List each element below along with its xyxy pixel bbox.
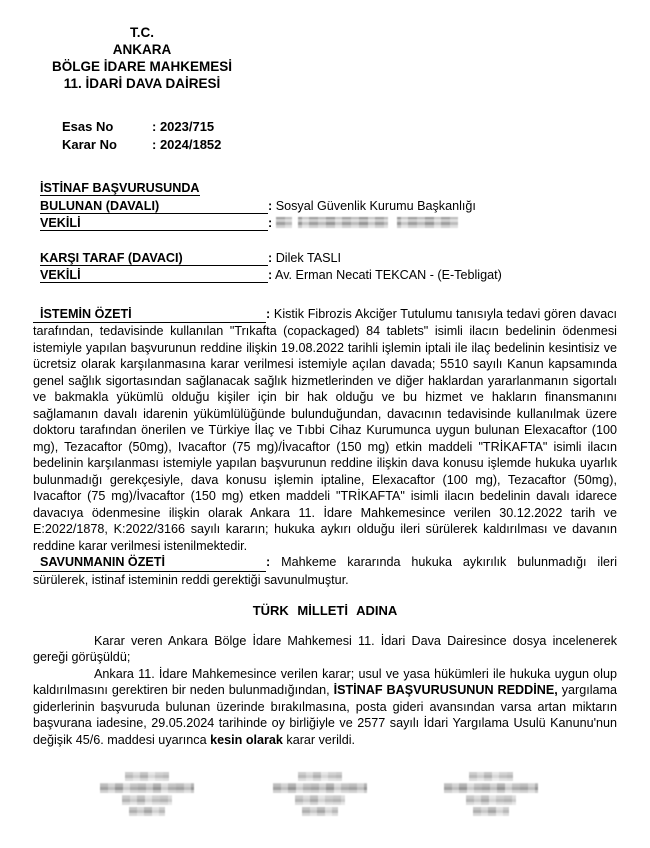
plaintiff-colon: : <box>268 251 272 265</box>
defendant-colon: : <box>268 199 272 213</box>
redacted-signature <box>443 772 539 816</box>
redacted-signature-line <box>125 772 169 781</box>
plaintiff-label: KARŞI TARAF (DAVACI) <box>40 250 268 266</box>
case-numbers: Esas No: 2023/715 Karar No: 2024/1852 <box>62 118 650 154</box>
redacted-attorney-name <box>276 217 458 228</box>
decision-final-bold: kesin olarak <box>210 733 283 747</box>
karar-no-value: : 2024/1852 <box>152 137 221 152</box>
redacted-signature-line <box>444 783 538 793</box>
plaintiff-value: Dilek TASLI <box>276 251 341 265</box>
court-decision-document: T.C. ANKARA BÖLGE İDARE MAHKEMESİ 11. İD… <box>0 0 650 848</box>
court-name: BÖLGE İDARE MAHKEMESİ <box>28 58 256 75</box>
request-summary-label: İSTEMİN ÖZETİ <box>33 306 266 324</box>
defendant-label: BULUNAN (DAVALI) <box>40 198 268 214</box>
defense-summary-label: SAVUNMANIN ÖZETİ <box>33 554 266 572</box>
redacted-signature-line <box>100 783 194 793</box>
karar-no-label: Karar No <box>62 136 152 154</box>
redacted-signature <box>272 772 368 816</box>
court-header: T.C. ANKARA BÖLGE İDARE MAHKEMESİ 11. İD… <box>28 24 256 92</box>
document-body: İSTİNAF BAŞVURUSUNDA BULUNAN (DAVALI): S… <box>33 180 617 748</box>
redacted-signature-line <box>302 807 338 816</box>
party-row-defendant-attorney: VEKİLİ: <box>40 215 617 233</box>
redacted-signature-line <box>298 772 342 781</box>
party-row-defendant: BULUNAN (DAVALI): Sosyal Güvenlik Kurumu… <box>40 198 617 216</box>
redacted-signature-line <box>469 772 513 781</box>
party-row-plaintiff: KARŞI TARAF (DAVACI): Dilek TASLI <box>40 250 617 268</box>
party-row-appellant-header: İSTİNAF BAŞVURUSUNDA <box>40 180 617 198</box>
karar-no-row: Karar No: 2024/1852 <box>62 136 650 154</box>
esas-no-row: Esas No: 2023/715 <box>62 118 650 136</box>
request-summary-text: Kistik Fibrozis Akciğer Tutulumu tanısıy… <box>33 307 617 553</box>
parties-section: İSTİNAF BAŞVURUSUNDA BULUNAN (DAVALI): S… <box>33 180 617 285</box>
redacted-signature <box>99 772 195 816</box>
redacted-signature-line <box>122 795 172 805</box>
request-summary-paragraph: İSTEMİN ÖZETİ: Kistik Fibrozis Akciğer T… <box>33 306 617 555</box>
defendant-value: Sosyal Güvenlik Kurumu Başkanlığı <box>276 199 476 213</box>
esas-no-label: Esas No <box>62 118 152 136</box>
defense-summary-colon: : <box>266 555 270 569</box>
plaintiff-attorney-value: Av. Erman Necati TEKCAN - (E-Tebligat) <box>275 268 502 282</box>
defendant-attorney-colon: : <box>268 216 272 230</box>
redacted-signature-line <box>295 795 345 805</box>
party-group-spacer <box>33 233 617 250</box>
city-name: ANKARA <box>28 41 256 58</box>
decision-text-part3: karar verildi. <box>283 733 355 747</box>
request-summary-colon: : <box>266 307 270 321</box>
republic-abbrev: T.C. <box>28 24 256 41</box>
redacted-signature-line <box>466 795 516 805</box>
appellant-header-label: İSTİNAF BAŞVURUSUNDA <box>40 180 200 196</box>
signature-area <box>0 772 650 828</box>
plaintiff-attorney-label: VEKİLİ <box>40 267 268 283</box>
redacted-signature-line <box>129 807 165 816</box>
esas-no-value: : 2023/715 <box>152 119 214 134</box>
redacted-signature-line <box>473 807 509 816</box>
deliberation-paragraph: Karar veren Ankara Bölge İdare Mahkemesi… <box>33 633 617 666</box>
defendant-attorney-label: VEKİLİ <box>40 215 268 231</box>
plaintiff-attorney-colon: : <box>268 268 272 282</box>
in-the-name-of-nation-heading: TÜRK MİLLETİ ADINA <box>33 603 617 620</box>
party-row-plaintiff-attorney: VEKİLİ: Av. Erman Necati TEKCAN - (E-Teb… <box>40 267 617 285</box>
decision-rejection-bold: İSTİNAF BAŞVURUSUNUN REDDİNE, <box>334 683 558 697</box>
decision-paragraph: Ankara 11. İdare Mahkemesince verilen ka… <box>33 666 617 749</box>
redacted-signature-line <box>273 783 367 793</box>
chamber-name: 11. İDARİ DAVA DAİRESİ <box>28 75 256 92</box>
defense-summary-paragraph: SAVUNMANIN ÖZETİ: Mahkeme kararında huku… <box>33 554 617 588</box>
